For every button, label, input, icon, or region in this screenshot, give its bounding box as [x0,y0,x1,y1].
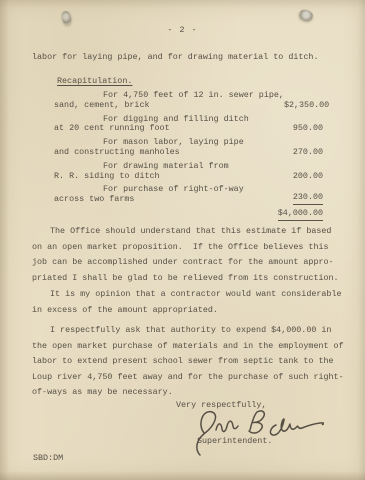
recapitulation-table: For 4,750 feet of 12 in. sewer pipe,sand… [54,91,323,221]
recap-total-row: $4,000.00 [54,209,323,221]
recap-item-line2: and constructing manholes [54,148,244,158]
recap-row-sewer-pipe: For 4,750 feet of 12 in. sewer pipe,sand… [54,91,323,111]
handwritten-signature-icon [188,404,324,458]
fastener-mark-right [298,8,315,23]
recap-row-right-of-way: For purchase of right-of-wayacross two f… [54,185,323,205]
recap-item-line2: sand, cement, brick [54,101,284,111]
signature [188,404,324,458]
intro-line: labor for laying pipe, and for drawing m… [32,52,318,62]
recap-item-amount: 270.00 [293,148,323,158]
signature-role: Superintendent. [197,436,272,446]
fastener-mark-left [61,10,73,26]
paragraph-contractor-opinion: It is my opinion that a contractor would… [32,287,342,318]
paragraph-office-estimate: The Office should understand that this e… [32,224,339,286]
scanned-letter-page: - 2 - labor for laying pipe, and for dra… [0,0,365,480]
typist-initials: SBD:DM [33,453,63,463]
recap-total-amount: $4,000.00 [278,209,323,221]
paragraph-authority-request: I respectfully ask that authority to exp… [32,323,344,401]
recap-item-amount: $2,350.00 [284,101,329,111]
recap-item-line2: R. R. siding to ditch [54,172,229,182]
recap-item-amount: 950.00 [293,124,323,134]
recap-item-line2: across two farms [54,195,244,205]
page-number: - 2 - [0,25,365,35]
recap-item-line2: at 20 cent running foot [54,124,249,134]
recap-row-ditch-digging: For digging and filling ditchat 20 cent … [54,115,323,135]
recap-item-amount: 200.00 [293,172,323,182]
recapitulation-heading: Recapitulation. [57,76,132,86]
recap-row-material-drawing: For drawing material fromR. R. siding to… [54,162,323,182]
recap-row-mason-labor: For mason labor, laying pipeand construc… [54,138,323,158]
recap-item-amount: 230.00 [293,193,323,205]
